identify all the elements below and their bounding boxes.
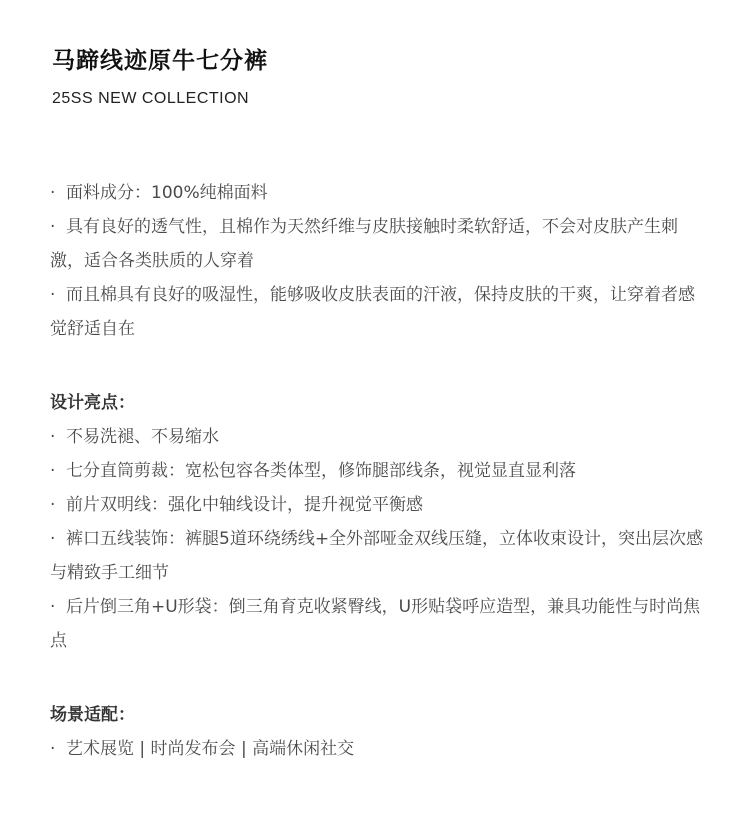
material-section: ·面料成分：100%纯棉面料 ·具有良好的透气性，且棉作为天然纤维与皮肤接触时柔… xyxy=(50,176,710,346)
section-heading: 场景适配： xyxy=(50,698,710,732)
list-item: ·裤口五线装饰：裤腿5道环绕绣线+全外部哑金双线压缝，立体收束设计，突出层次感与… xyxy=(50,522,710,590)
list-item: ·前片双明线：强化中轴线设计，提升视觉平衡感 xyxy=(50,488,710,522)
list-item: ·艺术展览 | 时尚发布会 | 高端休闲社交 xyxy=(50,732,710,766)
design-section: 设计亮点： ·不易洗褪、不易缩水 ·七分直筒剪裁：宽松包容各类体型，修饰腿部线条… xyxy=(50,386,710,658)
section-heading: 设计亮点： xyxy=(50,386,710,420)
list-item: ·面料成分：100%纯棉面料 xyxy=(50,176,710,210)
collection-subtitle: 25SS NEW COLLECTION xyxy=(52,90,249,108)
product-title: 马蹄线迹原牛七分裤 xyxy=(52,42,268,75)
list-item: ·后片倒三角+U形袋：倒三角育克收紧臀线，U形贴袋呼应造型，兼具功能性与时尚焦点 xyxy=(50,590,710,658)
list-item: ·具有良好的透气性，且棉作为天然纤维与皮肤接触时柔软舒适，不会对皮肤产生刺激，适… xyxy=(50,210,710,278)
scene-section: 场景适配： ·艺术展览 | 时尚发布会 | 高端休闲社交 xyxy=(50,698,710,766)
list-item: ·而且棉具有良好的吸湿性，能够吸收皮肤表面的汗液，保持皮肤的干爽，让穿着者感觉舒… xyxy=(50,278,710,346)
list-item: ·不易洗褪、不易缩水 xyxy=(50,420,710,454)
list-item: ·七分直筒剪裁：宽松包容各类体型，修饰腿部线条，视觉显直显利落 xyxy=(50,454,710,488)
